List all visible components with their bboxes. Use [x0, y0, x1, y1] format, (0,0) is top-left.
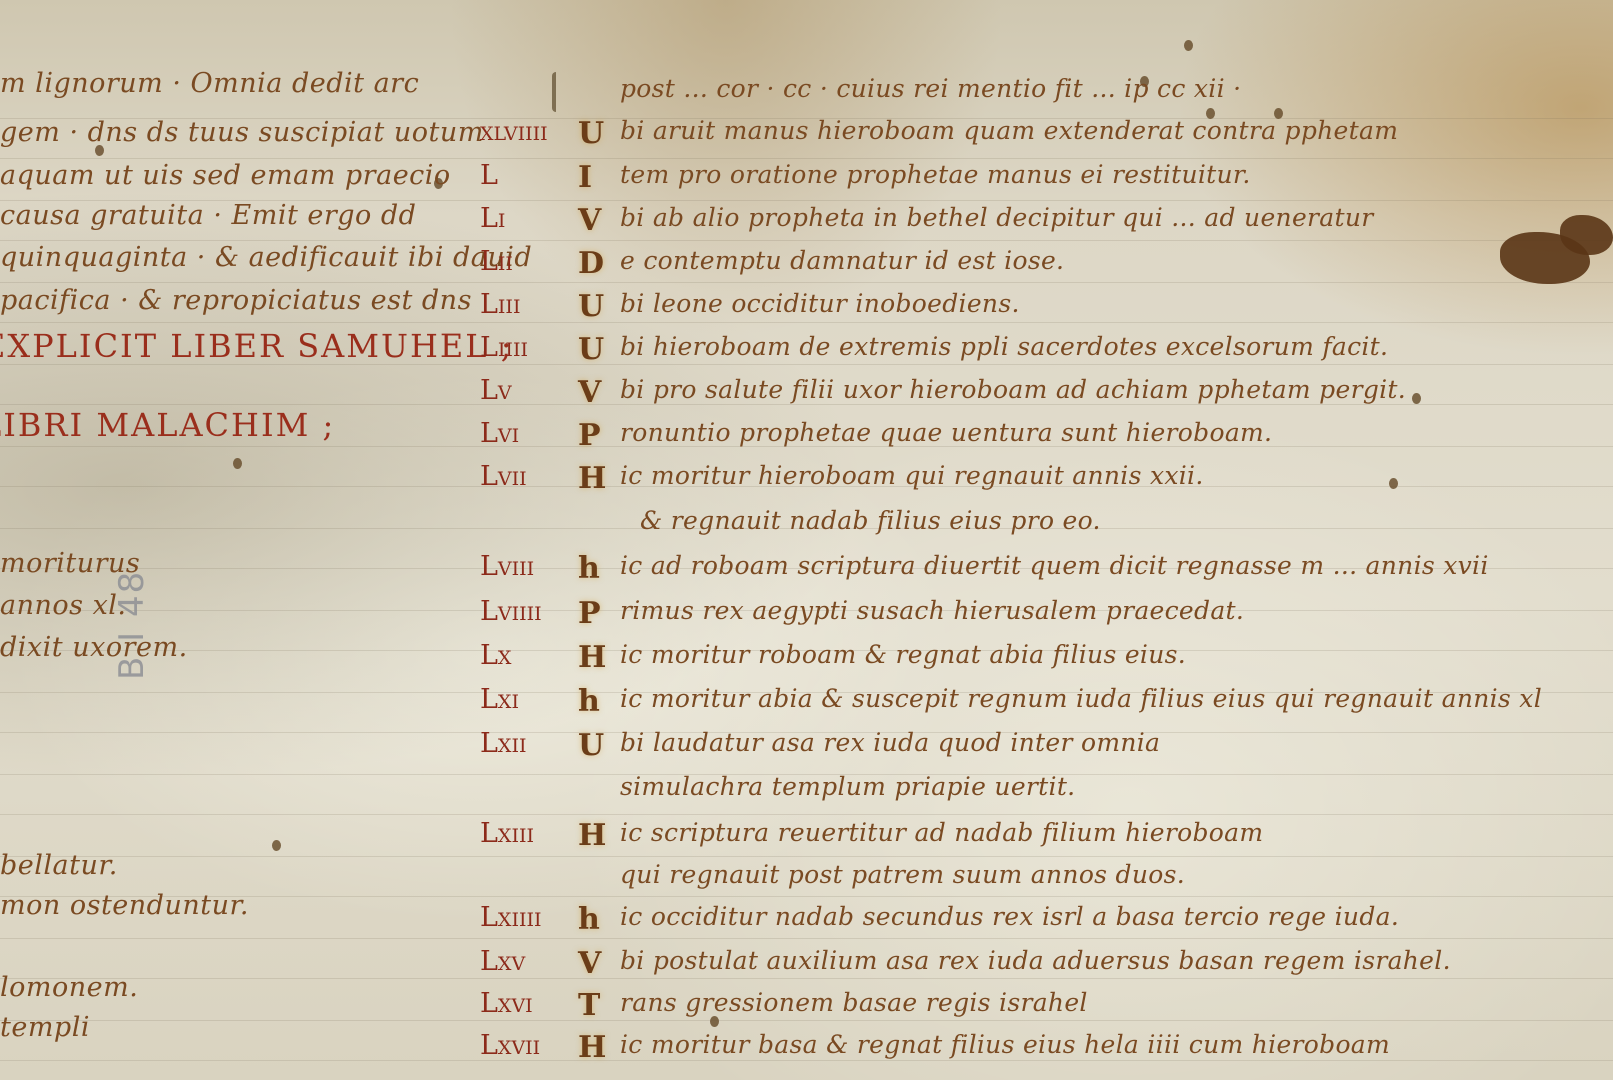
chapter-entry: Lx H ic moritur roboam & regnat abia fil… — [0, 640, 1613, 676]
initial-letter: U — [578, 728, 608, 763]
chapter-text: bi laudatur asa rex iuda quod inter omni… — [620, 728, 1160, 757]
chapter-text: bi hieroboam de extremis ppli sacerdotes… — [620, 332, 1388, 361]
chapter-entry: Lxvii H ic moritur basa & regnat filius … — [0, 1030, 1613, 1066]
chapter-number: Lxvii — [480, 1030, 570, 1061]
chapter-number: Liii — [480, 289, 570, 320]
chapter-text: ronuntio prophetae quae uentura sunt hie… — [620, 418, 1272, 447]
chapter-number: Lx — [480, 640, 570, 671]
chapter-entry: Lxiiii h ic occiditur nadab secundus rex… — [0, 902, 1613, 938]
chapter-entry: Li V bi ab alio propheta in bethel decip… — [0, 203, 1613, 239]
chapter-number: Lviiii — [480, 596, 570, 627]
bracket-mark — [552, 72, 562, 112]
chapter-text: e contemptu damnatur id est iose. — [620, 246, 1064, 275]
chapter-text: bi aruit manus hieroboam quam extenderat… — [620, 116, 1398, 145]
chapter-text: ic ad roboam scriptura diuertit quem dic… — [620, 551, 1489, 580]
chapter-number: Lxii — [480, 728, 570, 759]
chapter-number: Lxi — [480, 684, 570, 715]
continuation-line: post ... cor · cc · cuius rei mentio fit… — [620, 74, 1241, 103]
chapter-text: ic moritur hieroboam qui regnauit annis … — [620, 461, 1204, 490]
chapter-number: xlviiii — [480, 116, 570, 147]
chapter-entry: Liii U bi leone occiditur inoboediens. — [0, 289, 1613, 325]
initial-letter: V — [578, 203, 608, 238]
initial-letter: H — [578, 818, 608, 853]
initial-letter: T — [578, 988, 608, 1023]
initial-letter: V — [578, 375, 608, 410]
chapter-number: Lvi — [480, 418, 570, 449]
chapter-entry: Lvi P ronuntio prophetae quae uentura su… — [0, 418, 1613, 454]
chapter-entry: Lv V bi pro salute filii uxor hieroboam … — [0, 375, 1613, 411]
chapter-number: Liiii — [480, 332, 570, 363]
initial-letter: h — [578, 684, 608, 719]
chapter-entry: Lxii U bi laudatur asa rex iuda quod int… — [0, 728, 1613, 764]
chapter-text: ic scriptura reuertitur ad nadab filium … — [620, 818, 1263, 847]
chapter-text: bi leone occiditur inoboediens. — [620, 289, 1020, 318]
chapter-number: L — [480, 160, 570, 191]
chapter-text: bi ab alio propheta in bethel decipitur … — [620, 203, 1374, 232]
worm-hole — [1184, 40, 1193, 51]
initial-letter: H — [578, 640, 608, 675]
chapter-text: rans gressionem basae regis israhel — [620, 988, 1088, 1017]
chapter-text: ic moritur roboam & regnat abia filius e… — [620, 640, 1186, 669]
text-line: m lignorum · Omnia dedit arc — [0, 68, 419, 99]
chapter-entry: Lviii h ic ad roboam scriptura diuertit … — [0, 551, 1613, 587]
chapter-entry-continuation: simulachra templum priapie uertit. — [0, 772, 1613, 808]
chapter-number: Lxiii — [480, 818, 570, 849]
chapter-number: Lv — [480, 375, 570, 406]
chapter-entry: Lviiii P rimus rex aegypti susach hierus… — [0, 596, 1613, 632]
chapter-text: tem pro oratione prophetae manus ei rest… — [620, 160, 1251, 189]
chapter-text: simulachra templum priapie uertit. — [620, 772, 1075, 801]
chapter-entry-continuation: & regnauit nadab filius eius pro eo. — [0, 506, 1613, 542]
initial-letter: D — [578, 246, 608, 281]
chapter-number: Li — [480, 203, 570, 234]
initial-letter: U — [578, 116, 608, 151]
chapter-number: Lxiiii — [480, 902, 570, 933]
initial-letter: H — [578, 461, 608, 496]
chapter-number: Lviii — [480, 551, 570, 582]
initial-letter: H — [578, 1030, 608, 1065]
chapter-number: Lxvi — [480, 988, 570, 1019]
chapter-number: Lvii — [480, 461, 570, 492]
chapter-text: rimus rex aegypti susach hierusalem prae… — [620, 596, 1244, 625]
chapter-entry: Lxi h ic moritur abia & suscepit regnum … — [0, 684, 1613, 720]
chapter-text: bi pro salute filii uxor hieroboam ad ac… — [620, 375, 1406, 404]
initial-letter: h — [578, 551, 608, 586]
chapter-text: bi postulat auxilium asa rex iuda aduers… — [620, 946, 1451, 975]
chapter-entry-continuation: qui regnauit post patrem suum annos duos… — [0, 860, 1613, 896]
chapter-number: Lii — [480, 246, 570, 277]
chapter-entry: Lii D e contemptu damnatur id est iose. — [0, 246, 1613, 282]
chapter-text: & regnauit nadab filius eius pro eo. — [640, 506, 1101, 535]
initial-letter: I — [578, 160, 608, 195]
chapter-entry: Lxiii H ic scriptura reuertitur ad nadab… — [0, 818, 1613, 854]
initial-letter: P — [578, 418, 608, 453]
chapter-entry: Liiii U bi hieroboam de extremis ppli sa… — [0, 332, 1613, 368]
chapter-entry: Lxv V bi postulat auxilium asa rex iuda … — [0, 946, 1613, 982]
initial-letter: U — [578, 289, 608, 324]
chapter-entry: xlviiii U bi aruit manus hieroboam quam … — [0, 116, 1613, 152]
chapter-text: ic occiditur nadab secundus rex isrl a b… — [620, 902, 1399, 931]
chapter-entry: Lxvi T rans gressionem basae regis israh… — [0, 988, 1613, 1024]
chapter-number: Lxv — [480, 946, 570, 977]
chapter-entry: L I tem pro oratione prophetae manus ei … — [0, 160, 1613, 196]
initial-letter: U — [578, 332, 608, 367]
initial-letter: P — [578, 596, 608, 631]
initial-letter: h — [578, 902, 608, 937]
chapter-text: ic moritur abia & suscepit regnum iuda f… — [620, 684, 1542, 713]
chapter-text: ic moritur basa & regnat filius eius hel… — [620, 1030, 1390, 1059]
chapter-entry: Lvii H ic moritur hieroboam qui regnauit… — [0, 461, 1613, 497]
chapter-text: qui regnauit post patrem suum annos duos… — [620, 860, 1185, 889]
initial-letter: V — [578, 946, 608, 981]
